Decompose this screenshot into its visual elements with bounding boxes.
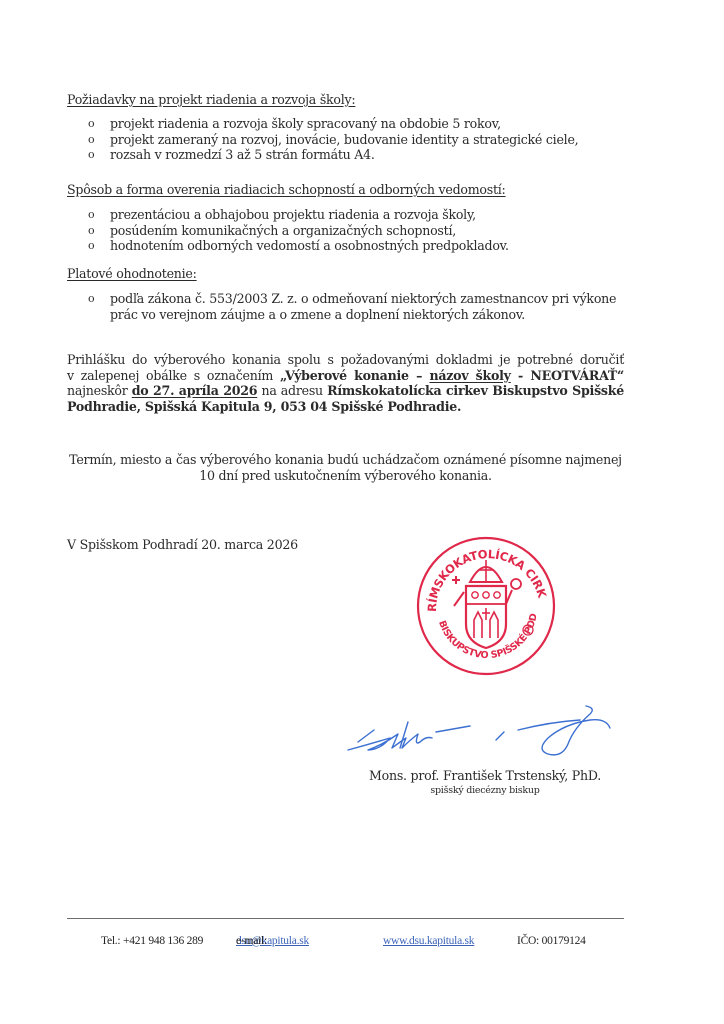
- official-stamp-icon: RÍMSKOKATOLÍCKA CIRKEV BISKUPSTVO SPIŠSK…: [414, 534, 558, 678]
- place-and-date: V Spišskom Podhradí 20. marca 2026: [67, 537, 298, 553]
- bullet-circle-icon: o: [88, 238, 94, 254]
- verification-list: oprezentáciou a obhajobou projektu riade…: [88, 207, 648, 254]
- list-item: opodľa zákona č. 553/2003 Z. z. o odmeňo…: [88, 291, 648, 307]
- signer-role: spišský diecézny biskup: [362, 784, 608, 797]
- school-name-placeholder: názov školy: [429, 368, 510, 383]
- list-item: orozsah v rozmedzí 3 až 5 strán formátu …: [88, 147, 648, 163]
- bullet-circle-icon: o: [88, 291, 94, 307]
- list-item: ohodnotením odborných vedomostí a osobno…: [88, 238, 648, 254]
- requirements-list: oprojekt riadenia a rozvoja školy spraco…: [88, 116, 648, 163]
- stamp-number: 1: [526, 628, 530, 636]
- section-heading-salary: Platové ohodnotenie:: [67, 266, 197, 282]
- address-part-2: Podhradie, Spišská Kapitula 9, 053 04 Sp…: [67, 399, 624, 415]
- bullet-circle-icon: o: [88, 207, 94, 223]
- list-item-continuation: prác vo verejnom záujme a o zmene a dopl…: [88, 307, 648, 323]
- bullet-circle-icon: o: [88, 116, 94, 132]
- bullet-circle-icon: o: [88, 223, 94, 239]
- list-item: oposúdením komunikačných a organizačných…: [88, 223, 648, 239]
- address-part-1: Rímskokatolícka cirkev Biskupstvo Spišsk…: [327, 383, 624, 398]
- notice-line-2: 10 dní pred uskutočnením výberového kona…: [67, 468, 624, 484]
- list-item: oprojekt riadenia a rozvoja školy spraco…: [88, 116, 648, 132]
- list-item: oprezentáciou a obhajobou projektu riade…: [88, 207, 648, 223]
- section-heading-requirements: Požiadavky na projekt riadenia a rozvoja…: [67, 92, 355, 108]
- website-link[interactable]: www.dsu.kapitula.sk: [383, 935, 474, 947]
- footer-ico: IČO: 00179124: [517, 934, 586, 950]
- submission-line-1: Prihlášku do výberového konania spolu s …: [67, 352, 624, 368]
- signature-icon: [340, 698, 620, 764]
- document-page: Požiadavky na projekt riadenia a rozvoja…: [0, 0, 724, 1024]
- submission-line-3: najneskôr do 27. apríla 2026 na adresu R…: [67, 383, 624, 399]
- notice-paragraph: Termín, miesto a čas výberového konania …: [67, 452, 624, 483]
- salary-list: opodľa zákona č. 553/2003 Z. z. o odmeňo…: [88, 291, 648, 322]
- envelope-marking: „Výberové konanie – názov školy - NEOTVÁ…: [280, 368, 624, 383]
- submission-line-2: v zalepenej obálke s označením „Výberové…: [67, 368, 624, 384]
- stamp-top-text: RÍMSKOKATOLÍCKA CIRKEV: [414, 534, 550, 612]
- signer-block: Mons. prof. František Trstenský, PhD. sp…: [362, 768, 608, 797]
- bullet-circle-icon: o: [88, 147, 94, 163]
- submission-paragraph: Prihlášku do výberového konania spolu s …: [67, 352, 624, 414]
- bullet-circle-icon: o: [88, 132, 94, 148]
- footer-website: www.dsu.kapitula.sk: [383, 934, 474, 950]
- footer-phone: Tel.: +421 948 136 289: [101, 934, 203, 950]
- notice-line-1: Termín, miesto a čas výberového konania …: [67, 452, 624, 468]
- deadline: do 27. apríla 2026: [132, 383, 258, 398]
- footer-divider: [67, 918, 624, 919]
- list-item: oprojekt zameraný na rozvoj, inovácie, b…: [88, 132, 648, 148]
- footer-email: e-mail: dsu@kapitula.sk: [236, 934, 309, 950]
- section-heading-verification: Spôsob a forma overenia riadiacich schop…: [67, 182, 506, 198]
- svg-text:RÍMSKOKATOLÍCKA CIRKEV: RÍMSKOKATOLÍCKA CIRKEV: [414, 534, 550, 612]
- signer-name: Mons. prof. František Trstenský, PhD.: [362, 768, 608, 784]
